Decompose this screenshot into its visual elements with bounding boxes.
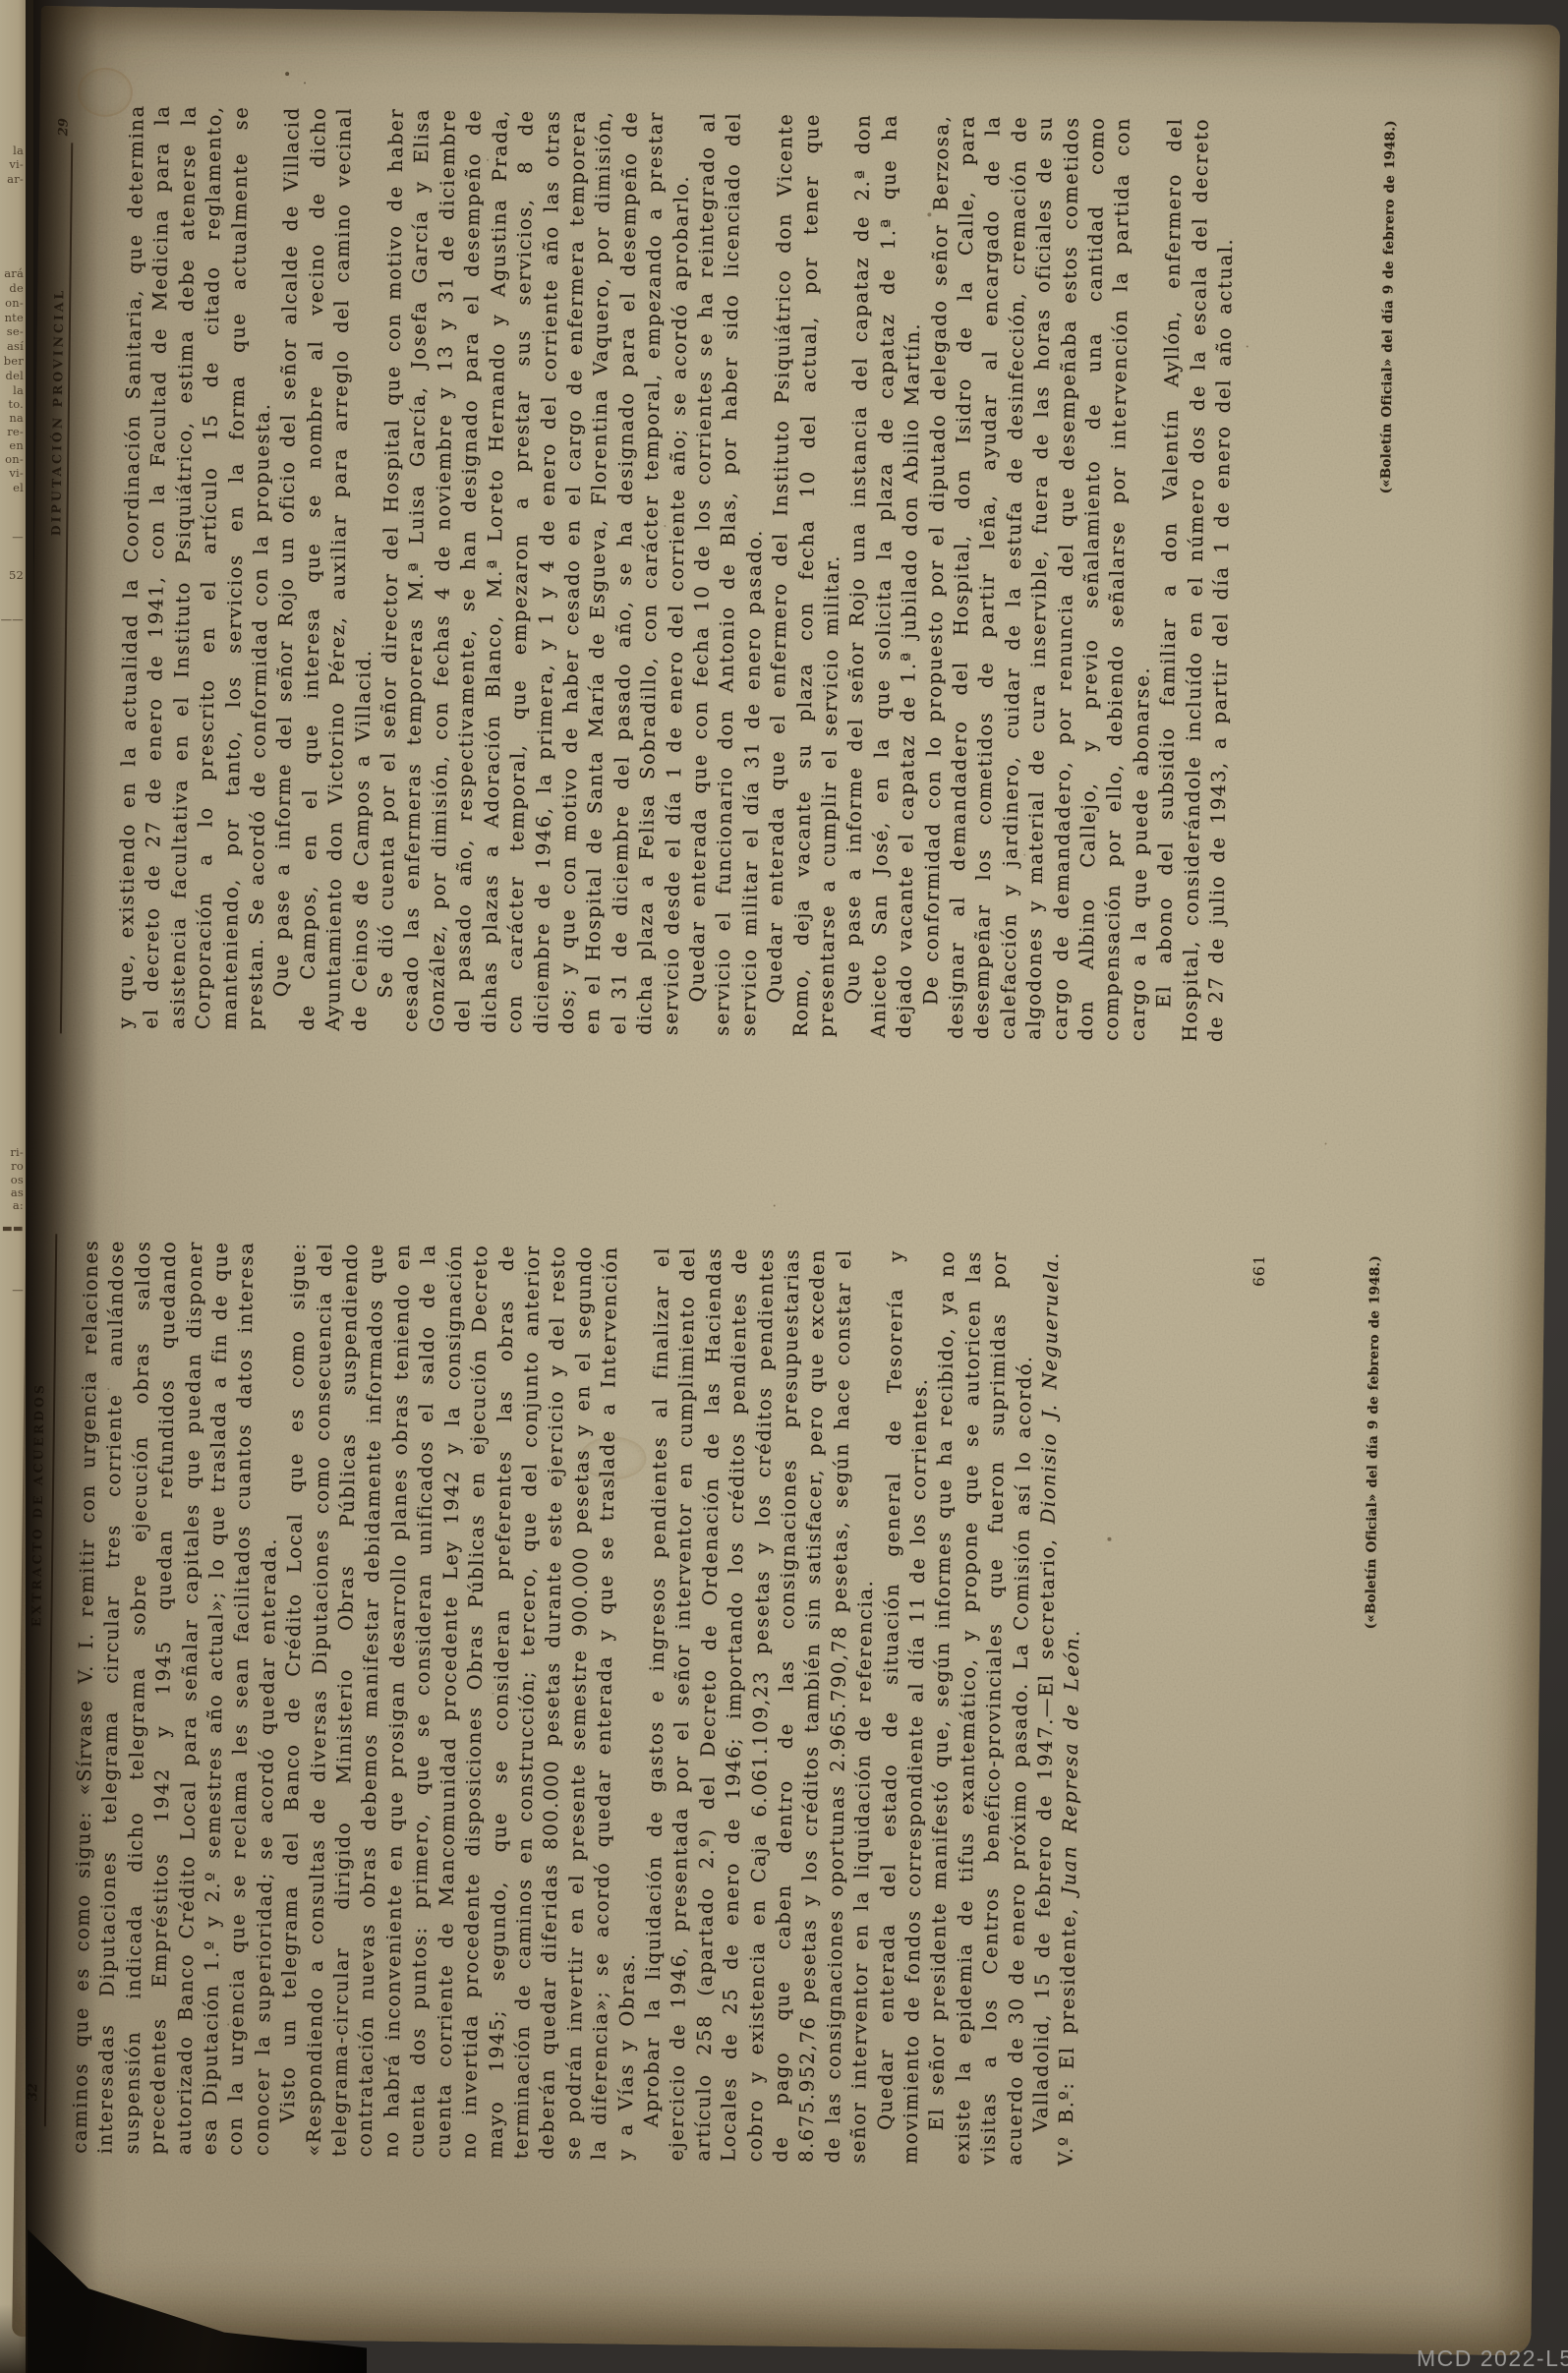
- paragraph: caminos que es como sigue: «Sírvase V. I…: [68, 1240, 287, 2157]
- text-fragment: nte: [0, 312, 24, 323]
- paragraph: El abono del subsidio familiar a don Val…: [1151, 117, 1241, 1042]
- text-fragment: on-: [0, 453, 24, 465]
- paragraph: y que, existiendo en la actualidad la Co…: [113, 104, 280, 1030]
- text-fragment: ri-: [0, 1146, 24, 1158]
- header-rule: [44, 1234, 57, 2126]
- rule-fragment: ▬▬: [0, 1222, 24, 1234]
- text-fragment: ber: [0, 355, 24, 367]
- folio-fragment: 52: [0, 569, 24, 581]
- header-rule: [60, 143, 73, 1033]
- text-fragment: na: [0, 412, 24, 424]
- rule-fragment: —: [0, 531, 24, 543]
- text-fragment: en: [0, 439, 24, 451]
- paragraph: Quedar enterada que el enfermero del Ins…: [762, 112, 851, 1037]
- text-fragment: la: [0, 384, 24, 396]
- text-fragment: se-: [0, 325, 24, 337]
- scanned-document-photo: la vi- ar- ará de on- nte se- así ber de…: [0, 0, 1568, 2373]
- boletin-oficial-citation: («Boletín Oficial» del día 9 de febrero …: [1355, 1255, 1384, 2170]
- text-fragment: os: [0, 1174, 24, 1186]
- page-32-text-block: caminos que es como sigue: «Sírvase V. I…: [68, 1240, 1385, 2170]
- text-fragment: así: [0, 340, 24, 352]
- text-fragment: to.: [0, 398, 24, 410]
- rule-fragment: ——: [0, 613, 24, 625]
- text-fragment: re-: [0, 426, 24, 437]
- signature-text: .: [1062, 1629, 1084, 1637]
- paragraph: Visto un telegrama del Banco de Crédito …: [275, 1242, 650, 2161]
- paragraph: El señor presidente manifestó que, según…: [924, 1250, 1039, 2166]
- page-number-32: 32: [26, 2083, 40, 2101]
- text-fragment: on-: [0, 297, 24, 309]
- paragraph: Aprobar la liquidación de gastos e ingre…: [638, 1246, 883, 2164]
- archive-watermark: MCD 2022-L5: [1417, 2345, 1568, 2372]
- paragraph: Quedar enterada que con fecha 10 de los …: [684, 111, 774, 1036]
- text-fragment: ar-: [0, 173, 24, 185]
- boletin-oficial-citation: («Boletín Oficial» del día 9 de febrero …: [1370, 120, 1400, 1044]
- text-fragment: el: [0, 482, 24, 493]
- running-title-diputacion-provincial: DIPUTACIÓN PROVINCIAL: [48, 323, 66, 536]
- text-fragment: de: [0, 282, 24, 294]
- running-title-extracto-de-acuerdos: EXTRACTO DE ACUERDOS: [29, 1450, 45, 1627]
- president-name: Juan Represa de León: [1058, 1637, 1083, 1895]
- page-29-text-block: y que, existiendo en la actualidad la Co…: [113, 104, 1400, 1044]
- text-fragment: la: [0, 145, 24, 156]
- paragraph: De conformidad con lo propuesto por el d…: [917, 114, 1162, 1041]
- dust-flecks: [41, 6, 43, 8]
- signature-line: Valladolid, 15 de febrero de 1947.—El se…: [1028, 1251, 1091, 2167]
- text-fragment: vi-: [0, 467, 24, 479]
- record-number: 661: [1235, 1254, 1272, 2169]
- text-fragment: ro: [0, 1160, 24, 1172]
- bulletin-page: DIPUTACIÓN PROVINCIAL 29 y que, existien…: [12, 6, 1560, 2355]
- rule-fragment: —: [0, 1284, 24, 1296]
- page-number-29: 29: [56, 118, 71, 136]
- text-fragment: ará: [0, 267, 24, 279]
- text-fragment: as: [0, 1186, 24, 1198]
- secretary-name: Dionisio J. Negueruela: [1037, 1259, 1063, 1525]
- text-fragment: a:: [0, 1199, 24, 1211]
- paragraph: Se dió cuenta por el señor director del …: [373, 107, 696, 1035]
- text-fragment: vi-: [0, 158, 24, 170]
- paragraph: Que pase a informe del señor Rojo un ofi…: [268, 106, 383, 1031]
- text-fragment: del: [0, 370, 24, 381]
- paragraph: Que pase a informe del señor Rojo una in…: [840, 113, 929, 1038]
